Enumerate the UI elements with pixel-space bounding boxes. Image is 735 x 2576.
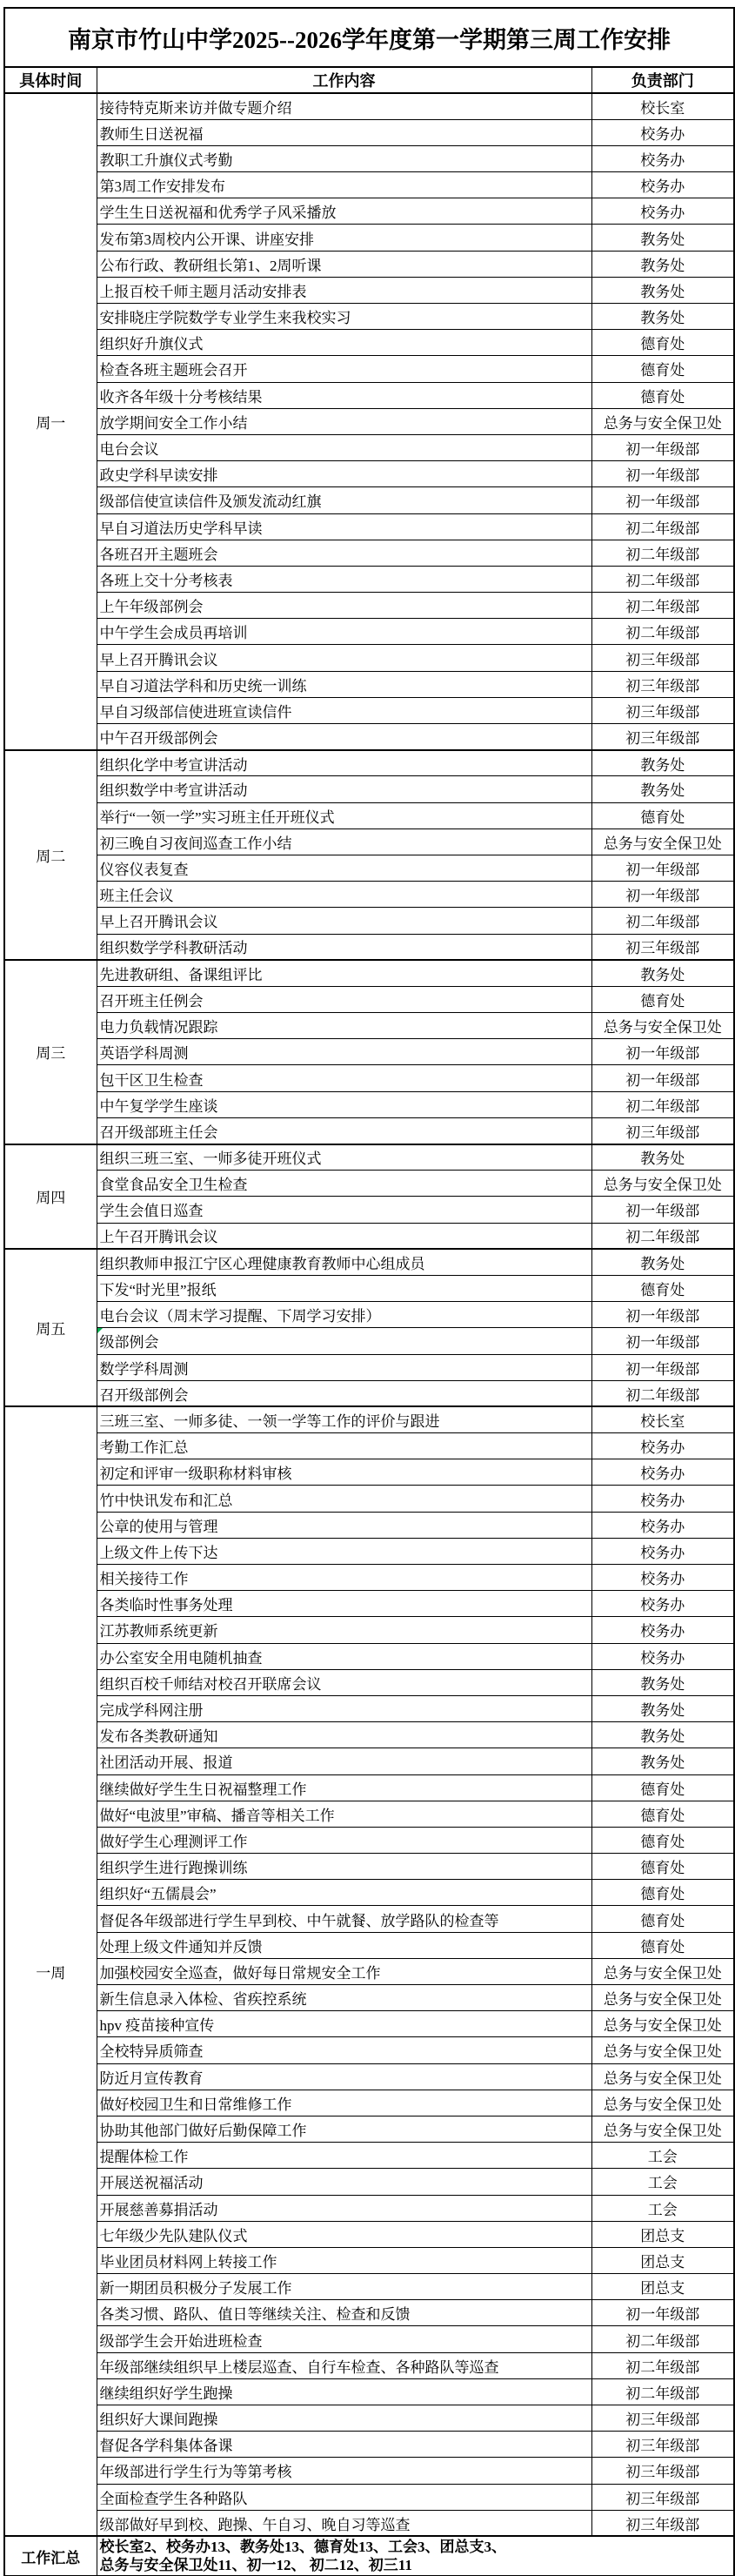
department-cell: 校务办 bbox=[591, 1486, 734, 1512]
task-cell: 做好校园卫生和日常维修工作 bbox=[97, 2090, 591, 2116]
task-cell: 各班召开主题班会 bbox=[97, 540, 591, 566]
table-row: 各类习惯、路队、值日等继续关注、检查和反馈初一年级部 bbox=[4, 2300, 734, 2326]
table-row: 周三先进教研组、备课组评比教务处 bbox=[4, 960, 734, 986]
table-row: 处理上级文件通知并反馈德育处 bbox=[4, 1932, 734, 1958]
department-cell: 总务与安全保卫处 bbox=[591, 1171, 734, 1197]
department-cell: 教务处 bbox=[591, 1722, 734, 1748]
task-cell: 下发“时光里”报纸 bbox=[97, 1275, 591, 1301]
department-cell: 校务办 bbox=[591, 1617, 734, 1643]
task-cell: 级部学生会开始进班检查 bbox=[97, 2326, 591, 2352]
table-row: 防近月宣传教育总务与安全保卫处 bbox=[4, 2063, 734, 2090]
task-cell: 电台会议 bbox=[97, 434, 591, 460]
task-cell: 发布各类教研通知 bbox=[97, 1722, 591, 1748]
table-row: 初定和评审一级职称材料审核校务办 bbox=[4, 1459, 734, 1486]
task-cell: 级部信使宣读信件及颁发流动红旗 bbox=[97, 487, 591, 513]
task-cell: 举行“一领一学”实习班主任开班仪式 bbox=[97, 802, 591, 828]
table-row: 督促各学科集体备课初三年级部 bbox=[4, 2432, 734, 2458]
department-cell: 教务处 bbox=[591, 1249, 734, 1275]
task-cell: 组织好“五儒晨会” bbox=[97, 1880, 591, 1906]
department-cell: 初一年级部 bbox=[591, 487, 734, 513]
department-cell: 德育处 bbox=[591, 1801, 734, 1827]
department-cell: 德育处 bbox=[591, 382, 734, 408]
task-cell: 全面检查学生各种路队 bbox=[97, 2484, 591, 2510]
department-cell: 初二年级部 bbox=[591, 566, 734, 592]
schedule-body: 周一接待特克斯来访并做专题介绍校长室教师生日送祝福校务办教职工升旗仪式考勤校务办… bbox=[4, 93, 734, 2536]
task-cell: 召开班主任例会 bbox=[97, 986, 591, 1012]
task-cell: 数学学科周测 bbox=[97, 1354, 591, 1380]
department-cell: 总务与安全保卫处 bbox=[591, 1958, 734, 1984]
department-cell: 教务处 bbox=[591, 225, 734, 251]
department-cell: 团总支 bbox=[591, 2247, 734, 2273]
table-row: 上午召开腾讯会议初二年级部 bbox=[4, 1223, 734, 1249]
table-row: 早上召开腾讯会议初三年级部 bbox=[4, 645, 734, 671]
table-row: 组织数学学科教研活动初三年级部 bbox=[4, 934, 734, 960]
department-cell: 初二年级部 bbox=[591, 1223, 734, 1249]
work-schedule-page: 南京市竹山中学2025--2026学年度第一学期第三周工作安排 具体时间 工作内… bbox=[0, 0, 735, 2576]
table-row: 学生会值日巡查初一年级部 bbox=[4, 1197, 734, 1223]
table-row: 组织好大课间跑操初三年级部 bbox=[4, 2405, 734, 2432]
table-row: 相关接待工作校务办 bbox=[4, 1565, 734, 1591]
task-cell: 初定和评审一级职称材料审核 bbox=[97, 1459, 591, 1486]
task-cell: 召开级部班主任会 bbox=[97, 1117, 591, 1144]
summary-row: 工作汇总 校长室2、校务办13、教务处13、德育处13、工会3、团总支3、 总务… bbox=[4, 2536, 734, 2576]
table-row: 初三晚自习夜间巡查工作小结总务与安全保卫处 bbox=[4, 828, 734, 855]
task-cell: 竹中快讯发布和汇总 bbox=[97, 1486, 591, 1512]
department-cell: 初三年级部 bbox=[591, 2458, 734, 2484]
task-cell: 督促各学科集体备课 bbox=[97, 2432, 591, 2458]
table-row: 周五组织教师申报江宁区心理健康教育教师中心组成员教务处 bbox=[4, 1249, 734, 1275]
department-cell: 初一年级部 bbox=[591, 461, 734, 487]
department-cell: 校务办 bbox=[591, 1433, 734, 1459]
department-cell: 教务处 bbox=[591, 750, 734, 776]
day-label-wed: 周三 bbox=[4, 960, 97, 1144]
task-cell: 班主任会议 bbox=[97, 882, 591, 908]
department-cell: 初二年级部 bbox=[591, 593, 734, 619]
task-cell: 组织三班三室、一师多徒开班仪式 bbox=[97, 1144, 591, 1171]
day-label-mon: 周一 bbox=[4, 93, 97, 750]
department-cell: 德育处 bbox=[591, 1854, 734, 1880]
department-cell: 德育处 bbox=[591, 1880, 734, 1906]
task-cell: 仪容仪表复查 bbox=[97, 855, 591, 881]
table-row: 英语学科周测初一年级部 bbox=[4, 1039, 734, 1065]
task-cell: 接待特克斯来访并做专题介绍 bbox=[97, 93, 591, 119]
table-row: 周四组织三班三室、一师多徒开班仪式教务处 bbox=[4, 1144, 734, 1171]
department-cell: 总务与安全保卫处 bbox=[591, 828, 734, 855]
table-row: 早自习级部信使进班宣读信件初三年级部 bbox=[4, 697, 734, 723]
department-cell: 初二年级部 bbox=[591, 2352, 734, 2378]
table-row: 发布第3周校内公开课、讲座安排教务处 bbox=[4, 225, 734, 251]
department-cell: 工会 bbox=[591, 2195, 734, 2221]
task-cell: 开展慈善募捐活动 bbox=[97, 2195, 591, 2221]
table-row: 全面检查学生各种路队初三年级部 bbox=[4, 2484, 734, 2510]
table-row: 召开级部例会初二年级部 bbox=[4, 1380, 734, 1406]
table-row: 协助其他部门做好后勤保障工作总务与安全保卫处 bbox=[4, 2116, 734, 2142]
department-cell: 初一年级部 bbox=[591, 855, 734, 881]
department-cell: 校务办 bbox=[591, 1565, 734, 1591]
table-row: 举行“一领一学”实习班主任开班仪式德育处 bbox=[4, 802, 734, 828]
department-cell: 德育处 bbox=[591, 1906, 734, 1932]
department-cell: 德育处 bbox=[591, 1827, 734, 1853]
table-row: 继续组织好学生跑操初二年级部 bbox=[4, 2378, 734, 2405]
task-cell: 组织好升旗仪式 bbox=[97, 330, 591, 356]
department-cell: 总务与安全保卫处 bbox=[591, 2037, 734, 2063]
department-cell: 德育处 bbox=[591, 986, 734, 1012]
task-cell: 召开级部例会 bbox=[97, 1380, 591, 1406]
table-row: 级部学生会开始进班检查初二年级部 bbox=[4, 2326, 734, 2352]
department-cell: 初一年级部 bbox=[591, 1354, 734, 1380]
task-cell: 三班三室、一师多徒、一领一学等工作的评价与跟进 bbox=[97, 1406, 591, 1432]
department-cell: 初二年级部 bbox=[591, 513, 734, 540]
department-cell: 校务办 bbox=[591, 172, 734, 198]
department-cell: 总务与安全保卫处 bbox=[591, 2011, 734, 2037]
task-cell: 组织教师申报江宁区心理健康教育教师中心组成员 bbox=[97, 1249, 591, 1275]
department-cell: 总务与安全保卫处 bbox=[591, 2116, 734, 2142]
table-row: 包干区卫生检查初一年级部 bbox=[4, 1065, 734, 1091]
task-cell: 相关接待工作 bbox=[97, 1565, 591, 1591]
department-cell: 初二年级部 bbox=[591, 2378, 734, 2405]
task-cell: 初三晚自习夜间巡查工作小结 bbox=[97, 828, 591, 855]
task-cell: hpv 疫苗接种宣传 bbox=[97, 2011, 591, 2037]
task-cell: 政史学科早读安排 bbox=[97, 461, 591, 487]
table-row: 组织好“五儒晨会”德育处 bbox=[4, 1880, 734, 1906]
table-row: hpv 疫苗接种宣传总务与安全保卫处 bbox=[4, 2011, 734, 2037]
task-cell: 继续做好学生生日祝福整理工作 bbox=[97, 1774, 591, 1801]
table-row: 继续做好学生生日祝福整理工作德育处 bbox=[4, 1774, 734, 1801]
task-cell: 江苏教师系统更新 bbox=[97, 1617, 591, 1643]
task-cell: 各班上交十分考核表 bbox=[97, 566, 591, 592]
department-cell: 教务处 bbox=[591, 1669, 734, 1695]
task-cell: 办公室安全用电随机抽查 bbox=[97, 1643, 591, 1669]
table-row: 办公室安全用电随机抽查校务办 bbox=[4, 1643, 734, 1669]
table-row: 做好校园卫生和日常维修工作总务与安全保卫处 bbox=[4, 2090, 734, 2116]
department-cell: 初二年级部 bbox=[591, 540, 734, 566]
department-cell: 校务办 bbox=[591, 1538, 734, 1564]
table-row: 组织好升旗仪式德育处 bbox=[4, 330, 734, 356]
task-cell: 中午学生会成员再培训 bbox=[97, 619, 591, 645]
department-cell: 初二年级部 bbox=[591, 2326, 734, 2352]
task-cell: 组织数学学科教研活动 bbox=[97, 934, 591, 960]
title-row: 南京市竹山中学2025--2026学年度第一学期第三周工作安排 bbox=[4, 8, 734, 67]
table-row: 江苏教师系统更新校务办 bbox=[4, 1617, 734, 1643]
task-cell: 早自习道法历史学科早读 bbox=[97, 513, 591, 540]
task-cell: 上报百校千师主题月活动安排表 bbox=[97, 277, 591, 303]
department-cell: 初三年级部 bbox=[591, 934, 734, 960]
task-cell: 做好“电波里”审稿、播音等相关工作 bbox=[97, 1801, 591, 1827]
table-row: 社团活动开展、报道教务处 bbox=[4, 1748, 734, 1774]
task-cell: 英语学科周测 bbox=[97, 1039, 591, 1065]
table-row: 新一期团员积极分子发展工作团总支 bbox=[4, 2274, 734, 2300]
department-cell: 初一年级部 bbox=[591, 1065, 734, 1091]
table-row: 做好“电波里”审稿、播音等相关工作德育处 bbox=[4, 1801, 734, 1827]
department-cell: 初二年级部 bbox=[591, 619, 734, 645]
task-cell: 学生会值日巡查 bbox=[97, 1197, 591, 1223]
task-cell: 电力负载情况跟踪 bbox=[97, 1013, 591, 1039]
department-cell: 校务办 bbox=[591, 145, 734, 171]
task-cell: 上午年级部例会 bbox=[97, 593, 591, 619]
department-cell: 初三年级部 bbox=[591, 645, 734, 671]
task-cell: 上级文件上传下达 bbox=[97, 1538, 591, 1564]
task-cell: 加强校园安全巡查，做好每日常规安全工作 bbox=[97, 1958, 591, 1984]
table-row: 完成学科网注册教务处 bbox=[4, 1695, 734, 1721]
task-cell: 级部例会 bbox=[97, 1328, 591, 1354]
department-cell: 初三年级部 bbox=[591, 2484, 734, 2510]
table-row: 政史学科早读安排初一年级部 bbox=[4, 461, 734, 487]
task-cell: 考勤工作汇总 bbox=[97, 1433, 591, 1459]
task-cell: 督促各年级部进行学生早到校、中午就餐、放学路队的检查等 bbox=[97, 1906, 591, 1932]
department-cell: 校务办 bbox=[591, 1512, 734, 1538]
department-cell: 工会 bbox=[591, 2143, 734, 2169]
task-cell: 继续组织好学生跑操 bbox=[97, 2378, 591, 2405]
task-cell: 新一期团员积极分子发展工作 bbox=[97, 2274, 591, 2300]
task-cell: 包干区卫生检查 bbox=[97, 1065, 591, 1091]
table-row: 年级部继续组织早上楼层巡查、自行车检查、各种路队等巡查初二年级部 bbox=[4, 2352, 734, 2378]
task-cell: 第3周工作安排发布 bbox=[97, 172, 591, 198]
department-cell: 初一年级部 bbox=[591, 1039, 734, 1065]
table-row: 学生生日送祝福和优秀学子风采播放校务办 bbox=[4, 198, 734, 225]
table-row: 下发“时光里”报纸德育处 bbox=[4, 1275, 734, 1301]
department-cell: 团总支 bbox=[591, 2221, 734, 2247]
table-row: 早自习道法历史学科早读初二年级部 bbox=[4, 513, 734, 540]
department-cell: 总务与安全保卫处 bbox=[591, 2063, 734, 2090]
table-row: 教职工升旗仪式考勤校务办 bbox=[4, 145, 734, 171]
department-cell: 初三年级部 bbox=[591, 724, 734, 750]
task-cell: 开展送祝福活动 bbox=[97, 2169, 591, 2195]
task-cell: 教职工升旗仪式考勤 bbox=[97, 145, 591, 171]
table-row: 督促各年级部进行学生早到校、中午就餐、放学路队的检查等德育处 bbox=[4, 1906, 734, 1932]
department-cell: 德育处 bbox=[591, 1774, 734, 1801]
department-cell: 初三年级部 bbox=[591, 671, 734, 697]
task-cell: 先进教研组、备课组评比 bbox=[97, 960, 591, 986]
task-cell: 年级部继续组织早上楼层巡查、自行车检查、各种路队等巡查 bbox=[97, 2352, 591, 2378]
task-cell: 公章的使用与管理 bbox=[97, 1512, 591, 1538]
task-cell: 安排晓庄学院数学专业学生来我校实习 bbox=[97, 304, 591, 330]
table-row: 上报百校千师主题月活动安排表教务处 bbox=[4, 277, 734, 303]
table-row: 各班召开主题班会初二年级部 bbox=[4, 540, 734, 566]
task-cell: 全校特异质筛查 bbox=[97, 2037, 591, 2063]
table-row: 考勤工作汇总校务办 bbox=[4, 1433, 734, 1459]
task-cell: 完成学科网注册 bbox=[97, 1695, 591, 1721]
department-cell: 校长室 bbox=[591, 1406, 734, 1432]
task-cell: 收齐各年级十分考核结果 bbox=[97, 382, 591, 408]
department-cell: 团总支 bbox=[591, 2274, 734, 2300]
table-row: 周一接待特克斯来访并做专题介绍校长室 bbox=[4, 93, 734, 119]
department-cell: 初一年级部 bbox=[591, 882, 734, 908]
day-label-tue: 周二 bbox=[4, 750, 97, 961]
department-cell: 教务处 bbox=[591, 251, 734, 277]
table-row: 上午年级部例会初二年级部 bbox=[4, 593, 734, 619]
page-title: 南京市竹山中学2025--2026学年度第一学期第三周工作安排 bbox=[4, 8, 734, 67]
task-cell: 新生信息录入体检、省疾控系统 bbox=[97, 1985, 591, 2011]
task-cell: 年级部进行学生行为等第考核 bbox=[97, 2458, 591, 2484]
task-cell: 电台会议（周末学习提醒、下周学习安排） bbox=[97, 1302, 591, 1328]
table-row: 组织数学中考宣讲活动教务处 bbox=[4, 776, 734, 802]
table-row: 加强校园安全巡查，做好每日常规安全工作总务与安全保卫处 bbox=[4, 1958, 734, 1984]
summary-content: 校长室2、校务办13、教务处13、德育处13、工会3、团总支3、 总务与安全保卫… bbox=[97, 2536, 734, 2576]
task-cell: 提醒体检工作 bbox=[97, 2143, 591, 2169]
task-cell: 中午召开级部例会 bbox=[97, 724, 591, 750]
department-cell: 德育处 bbox=[591, 1932, 734, 1958]
header-content: 工作内容 bbox=[97, 67, 591, 93]
header-time: 具体时间 bbox=[4, 67, 97, 93]
task-cell: 检查各班主题班会召开 bbox=[97, 356, 591, 382]
table-row: 教师生日送祝福校务办 bbox=[4, 119, 734, 145]
department-cell: 教务处 bbox=[591, 304, 734, 330]
department-cell: 初一年级部 bbox=[591, 2300, 734, 2326]
task-cell: 食堂食品安全卫生检查 bbox=[97, 1171, 591, 1197]
department-cell: 总务与安全保卫处 bbox=[591, 408, 734, 434]
task-cell: 协助其他部门做好后勤保障工作 bbox=[97, 2116, 591, 2142]
department-cell: 初一年级部 bbox=[591, 1328, 734, 1354]
task-cell: 组织化学中考宣讲活动 bbox=[97, 750, 591, 776]
department-cell: 德育处 bbox=[591, 1275, 734, 1301]
task-cell: 组织好大课间跑操 bbox=[97, 2405, 591, 2432]
table-row: 中午召开级部例会初三年级部 bbox=[4, 724, 734, 750]
department-cell: 初三年级部 bbox=[591, 2432, 734, 2458]
table-row: 收齐各年级十分考核结果德育处 bbox=[4, 382, 734, 408]
task-cell: 级部做好早到校、跑操、午自习、晚自习等巡查 bbox=[97, 2510, 591, 2536]
department-cell: 初一年级部 bbox=[591, 1197, 734, 1223]
summary-line-1: 校长室2、校务办13、教务处13、德育处13、工会3、团总支3、 bbox=[100, 2538, 733, 2556]
table-row: 各班上交十分考核表初二年级部 bbox=[4, 566, 734, 592]
department-cell: 校务办 bbox=[591, 198, 734, 225]
table-row: 公布行政、教研组长第1、2周听课教务处 bbox=[4, 251, 734, 277]
task-cell: 发布第3周校内公开课、讲座安排 bbox=[97, 225, 591, 251]
table-row: 电台会议初一年级部 bbox=[4, 434, 734, 460]
department-cell: 教务处 bbox=[591, 277, 734, 303]
table-row: 竹中快讯发布和汇总校务办 bbox=[4, 1486, 734, 1512]
department-cell: 德育处 bbox=[591, 356, 734, 382]
department-cell: 校长室 bbox=[591, 93, 734, 119]
table-row: 仪容仪表复查初一年级部 bbox=[4, 855, 734, 881]
task-cell: 各类习惯、路队、值日等继续关注、检查和反馈 bbox=[97, 2300, 591, 2326]
table-row: 毕业团员材料网上转接工作团总支 bbox=[4, 2247, 734, 2273]
table-row: 做好学生心理测评工作德育处 bbox=[4, 1827, 734, 1853]
table-row: 数学学科周测初一年级部 bbox=[4, 1354, 734, 1380]
table-row: 食堂食品安全卫生检查总务与安全保卫处 bbox=[4, 1171, 734, 1197]
table-row: 开展送祝福活动工会 bbox=[4, 2169, 734, 2195]
header-department: 负责部门 bbox=[591, 67, 734, 93]
department-cell: 校务办 bbox=[591, 1459, 734, 1486]
task-cell: 七年级少先队建队仪式 bbox=[97, 2221, 591, 2247]
department-cell: 校务办 bbox=[591, 1591, 734, 1617]
department-cell: 初二年级部 bbox=[591, 1091, 734, 1117]
task-cell: 社团活动开展、报道 bbox=[97, 1748, 591, 1774]
department-cell: 教务处 bbox=[591, 1748, 734, 1774]
table-row: 级部例会初一年级部 bbox=[4, 1328, 734, 1354]
task-cell: 上午召开腾讯会议 bbox=[97, 1223, 591, 1249]
summary-line-2: 总务与安全保卫处11、初一12、 初二12、初三11 bbox=[100, 2556, 733, 2574]
table-row: 电力负载情况跟踪总务与安全保卫处 bbox=[4, 1013, 734, 1039]
summary-label: 工作汇总 bbox=[4, 2536, 97, 2576]
department-cell: 教务处 bbox=[591, 776, 734, 802]
schedule-table: 南京市竹山中学2025--2026学年度第一学期第三周工作安排 具体时间 工作内… bbox=[3, 7, 735, 2576]
header-row: 具体时间 工作内容 负责部门 bbox=[4, 67, 734, 93]
department-cell: 总务与安全保卫处 bbox=[591, 1985, 734, 2011]
table-row: 中午复学学生座谈初二年级部 bbox=[4, 1091, 734, 1117]
task-cell: 防近月宣传教育 bbox=[97, 2063, 591, 2090]
table-row: 一周三班三室、一师多徒、一领一学等工作的评价与跟进校长室 bbox=[4, 1406, 734, 1432]
task-cell: 做好学生心理测评工作 bbox=[97, 1827, 591, 1853]
table-row: 班主任会议初一年级部 bbox=[4, 882, 734, 908]
department-cell: 初三年级部 bbox=[591, 697, 734, 723]
table-row: 第3周工作安排发布校务办 bbox=[4, 172, 734, 198]
table-row: 公章的使用与管理校务办 bbox=[4, 1512, 734, 1538]
table-row: 级部信使宣读信件及颁发流动红旗初一年级部 bbox=[4, 487, 734, 513]
task-cell: 各类临时性事务处理 bbox=[97, 1591, 591, 1617]
day-label-thu: 周四 bbox=[4, 1144, 97, 1250]
task-cell: 早上召开腾讯会议 bbox=[97, 908, 591, 934]
table-row: 年级部进行学生行为等第考核初三年级部 bbox=[4, 2458, 734, 2484]
department-cell: 总务与安全保卫处 bbox=[591, 1013, 734, 1039]
table-row: 召开级部班主任会初三年级部 bbox=[4, 1117, 734, 1144]
task-cell: 组织百校千师结对校召开联席会议 bbox=[97, 1669, 591, 1695]
task-cell: 放学期间安全工作小结 bbox=[97, 408, 591, 434]
table-row: 七年级少先队建队仪式团总支 bbox=[4, 2221, 734, 2247]
table-row: 各类临时性事务处理校务办 bbox=[4, 1591, 734, 1617]
table-row: 召开班主任例会德育处 bbox=[4, 986, 734, 1012]
department-cell: 初三年级部 bbox=[591, 1117, 734, 1144]
task-cell: 早上召开腾讯会议 bbox=[97, 645, 591, 671]
department-cell: 初一年级部 bbox=[591, 434, 734, 460]
table-row: 组织学生进行跑操训练德育处 bbox=[4, 1854, 734, 1880]
department-cell: 校务办 bbox=[591, 1643, 734, 1669]
task-cell: 早自习级部信使进班宣读信件 bbox=[97, 697, 591, 723]
table-row: 电台会议（周末学习提醒、下周学习安排）初一年级部 bbox=[4, 1302, 734, 1328]
task-cell: 毕业团员材料网上转接工作 bbox=[97, 2247, 591, 2273]
task-cell: 早自习道法学科和历史统一训练 bbox=[97, 671, 591, 697]
day-label-week: 一周 bbox=[4, 1406, 97, 2536]
task-cell: 教师生日送祝福 bbox=[97, 119, 591, 145]
table-row: 开展慈善募捐活动工会 bbox=[4, 2195, 734, 2221]
task-cell: 公布行政、教研组长第1、2周听课 bbox=[97, 251, 591, 277]
table-row: 早上召开腾讯会议初二年级部 bbox=[4, 908, 734, 934]
department-cell: 德育处 bbox=[591, 802, 734, 828]
table-row: 级部做好早到校、跑操、午自习、晚自习等巡查初三年级部 bbox=[4, 2510, 734, 2536]
department-cell: 工会 bbox=[591, 2169, 734, 2195]
table-row: 全校特异质筛查总务与安全保卫处 bbox=[4, 2037, 734, 2063]
cell-comment-marker-icon bbox=[97, 1328, 103, 1333]
task-cell: 组织学生进行跑操训练 bbox=[97, 1854, 591, 1880]
task-cell: 中午复学学生座谈 bbox=[97, 1091, 591, 1117]
department-cell: 初二年级部 bbox=[591, 1380, 734, 1406]
table-row: 早自习道法学科和历史统一训练初三年级部 bbox=[4, 671, 734, 697]
table-row: 检查各班主题班会召开德育处 bbox=[4, 356, 734, 382]
department-cell: 初二年级部 bbox=[591, 908, 734, 934]
task-cell: 组织数学中考宣讲活动 bbox=[97, 776, 591, 802]
department-cell: 教务处 bbox=[591, 960, 734, 986]
department-cell: 德育处 bbox=[591, 330, 734, 356]
department-cell: 教务处 bbox=[591, 1144, 734, 1171]
department-cell: 总务与安全保卫处 bbox=[591, 2090, 734, 2116]
table-row: 中午学生会成员再培训初二年级部 bbox=[4, 619, 734, 645]
table-row: 上级文件上传下达校务办 bbox=[4, 1538, 734, 1564]
table-row: 放学期间安全工作小结总务与安全保卫处 bbox=[4, 408, 734, 434]
department-cell: 校务办 bbox=[591, 119, 734, 145]
day-label-fri: 周五 bbox=[4, 1249, 97, 1406]
table-row: 发布各类教研通知教务处 bbox=[4, 1722, 734, 1748]
department-cell: 教务处 bbox=[591, 1695, 734, 1721]
task-cell: 学生生日送祝福和优秀学子风采播放 bbox=[97, 198, 591, 225]
table-row: 提醒体检工作工会 bbox=[4, 2143, 734, 2169]
department-cell: 初三年级部 bbox=[591, 2405, 734, 2432]
task-cell: 处理上级文件通知并反馈 bbox=[97, 1932, 591, 1958]
table-row: 安排晓庄学院数学专业学生来我校实习教务处 bbox=[4, 304, 734, 330]
table-row: 组织百校千师结对校召开联席会议教务处 bbox=[4, 1669, 734, 1695]
table-row: 新生信息录入体检、省疾控系统总务与安全保卫处 bbox=[4, 1985, 734, 2011]
department-cell: 初三年级部 bbox=[591, 2510, 734, 2536]
table-row: 周二组织化学中考宣讲活动教务处 bbox=[4, 750, 734, 776]
department-cell: 初一年级部 bbox=[591, 1302, 734, 1328]
